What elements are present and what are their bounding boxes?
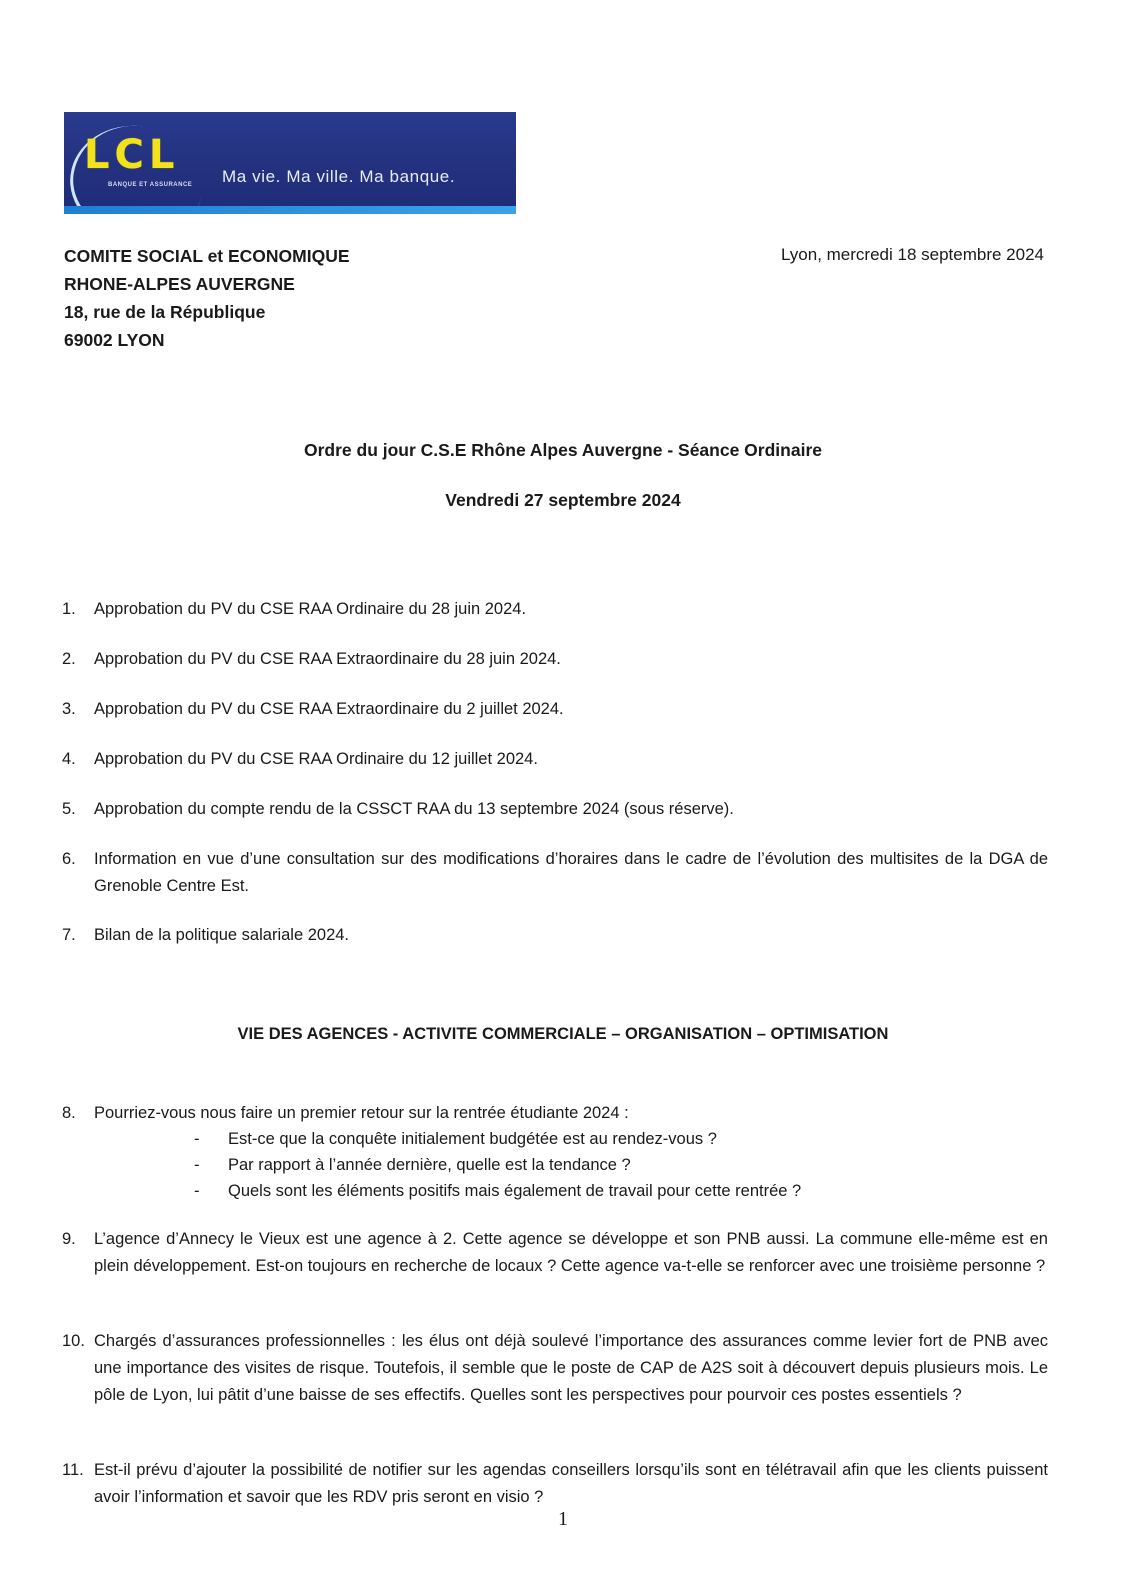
meeting-date: Vendredi 27 septembre 2024 [0, 490, 1126, 511]
sub-question: - Par rapport à l’année dernière, quelle… [194, 1152, 631, 1178]
item-number: 7. [62, 922, 76, 949]
agenda-item: 8. Pourriez-vous nous faire un premier r… [62, 1100, 1048, 1127]
item-text: Approbation du PV du CSE RAA Ordinaire d… [94, 596, 1048, 623]
agenda-item: 7. Bilan de la politique salariale 2024. [62, 922, 1048, 949]
item-text: Approbation du PV du CSE RAA Extraordina… [94, 646, 1048, 673]
bullet-dash: - [194, 1126, 200, 1152]
section-heading: VIE DES AGENCES - ACTIVITE COMMERCIALE –… [0, 1025, 1126, 1044]
item-number: 10. [62, 1328, 85, 1355]
item-text: Chargés d’assurances professionnelles : … [94, 1328, 1048, 1409]
item-number: 8. [62, 1100, 76, 1127]
item-text: Est-il prévu d’ajouter la possibilité de… [94, 1457, 1048, 1511]
item-text: Approbation du compte rendu de la CSSCT … [94, 796, 1048, 823]
agenda-item: 5. Approbation du compte rendu de la CSS… [62, 796, 1048, 823]
agenda-item: 11. Est-il prévu d’ajouter la possibilit… [62, 1457, 1048, 1511]
agenda-item: 4. Approbation du PV du CSE RAA Ordinair… [62, 746, 1048, 773]
sub-question: - Quels sont les éléments positifs mais … [194, 1178, 801, 1204]
sub-question: - Est-ce que la conquête initialement bu… [194, 1126, 717, 1152]
agenda-item: 3. Approbation du PV du CSE RAA Extraord… [62, 696, 1048, 723]
bullet-dash: - [194, 1178, 200, 1204]
agenda-item: 10. Chargés d’assurances professionnelle… [62, 1328, 1048, 1409]
brand-subtitle: BANQUE ET ASSURANCE [108, 182, 192, 188]
sender-line: 18, rue de la République [64, 298, 350, 326]
sub-question-text: Par rapport à l’année dernière, quelle e… [228, 1156, 631, 1174]
item-number: 4. [62, 746, 76, 773]
page-number: 1 [0, 1508, 1126, 1531]
sender-line: 69002 LYON [64, 326, 350, 354]
banner-stripe [64, 206, 516, 214]
agenda-item: 2. Approbation du PV du CSE RAA Extraord… [62, 646, 1048, 673]
item-text: Information en vue d’une consultation su… [94, 846, 1048, 900]
item-text: Pourriez-vous nous faire un premier reto… [94, 1100, 1048, 1127]
brand-logo: LCL [84, 132, 179, 178]
item-text: Approbation du PV du CSE RAA Extraordina… [94, 696, 1048, 723]
bullet-dash: - [194, 1152, 200, 1178]
item-number: 5. [62, 796, 76, 823]
item-text: Approbation du PV du CSE RAA Ordinaire d… [94, 746, 1048, 773]
item-number: 9. [62, 1226, 76, 1253]
letter-date: Lyon, mercredi 18 septembre 2024 [781, 242, 1044, 268]
sub-question-text: Quels sont les éléments positifs mais ég… [228, 1182, 801, 1200]
sender-line: COMITE SOCIAL et ECONOMIQUE [64, 242, 350, 270]
agenda-item: 1. Approbation du PV du CSE RAA Ordinair… [62, 596, 1048, 623]
item-number: 2. [62, 646, 76, 673]
item-number: 6. [62, 846, 76, 873]
brand-tagline: Ma vie. Ma ville. Ma banque. [222, 167, 455, 187]
item-number: 11. [62, 1457, 84, 1484]
item-number: 1. [62, 596, 76, 623]
sub-question-text: Est-ce que la conquête initialement budg… [228, 1130, 717, 1148]
item-number: 3. [62, 696, 76, 723]
agenda-item: 9. L’agence d’Annecy le Vieux est une ag… [62, 1226, 1048, 1280]
sender-address: COMITE SOCIAL et ECONOMIQUE RHONE-ALPES … [64, 242, 350, 354]
lcl-logo-banner: LCL BANQUE ET ASSURANCE Ma vie. Ma ville… [64, 112, 516, 214]
item-text: Bilan de la politique salariale 2024. [94, 922, 1048, 949]
item-text: L’agence d’Annecy le Vieux est une agenc… [94, 1226, 1048, 1280]
agenda-item: 6. Information en vue d’une consultation… [62, 846, 1048, 900]
sender-line: RHONE-ALPES AUVERGNE [64, 270, 350, 298]
document-title: Ordre du jour C.S.E Rhône Alpes Auvergne… [0, 440, 1126, 461]
